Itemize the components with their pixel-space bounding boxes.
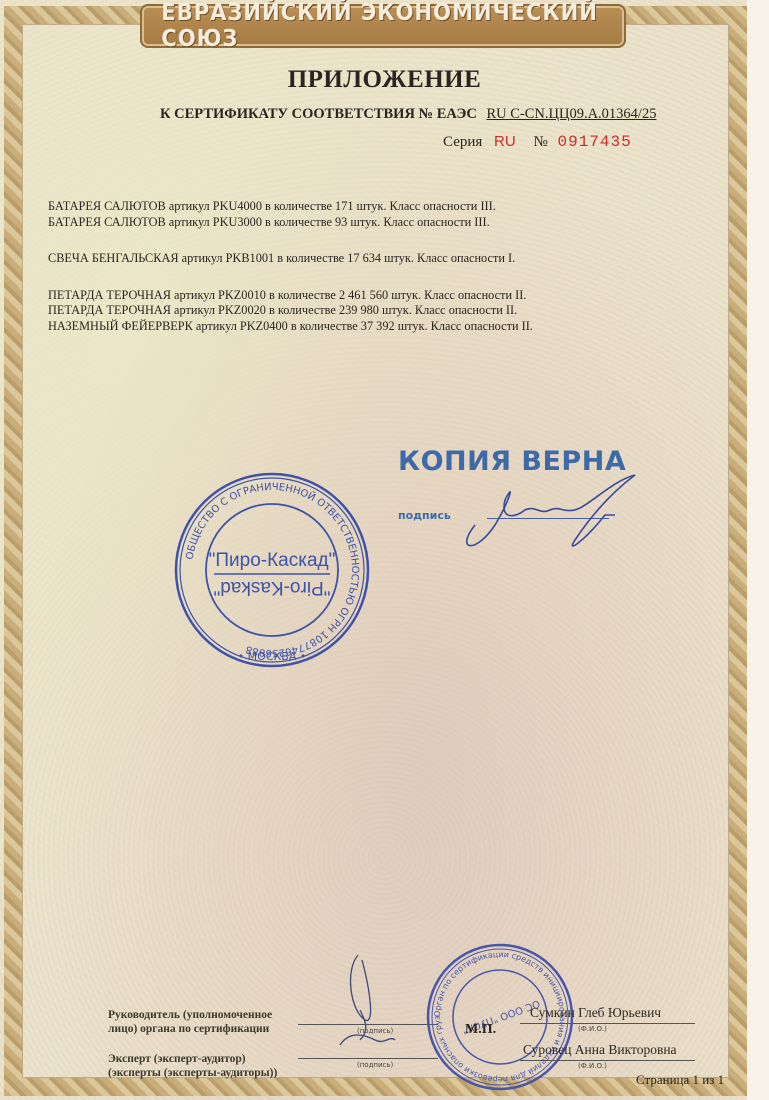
product-line: СВЕЧА БЕНГАЛЬСКАЯ артикул PKB1001 в коли… [48, 251, 533, 267]
head-label-line1: Руководитель (уполномоченное [108, 1008, 272, 1022]
seal-place-label: М.П. [465, 1022, 496, 1038]
svg-text:"Piro-Kaskad": "Piro-Kaskad" [214, 577, 331, 598]
head-label: Руководитель (уполномоченное лицо) орган… [108, 1008, 272, 1036]
copy-signature [455, 470, 655, 560]
signature-label: подпись [398, 509, 451, 522]
eaeu-banner: ЕВРАЗИЙСКИЙ ЭКОНОМИЧЕСКИЙ СОЮЗ [140, 4, 626, 48]
expert-name: Суровец Анна Викторовна [523, 1042, 677, 1058]
series-value: RU [494, 133, 516, 150]
series-line: Серия RU № 0917435 [443, 133, 632, 151]
head-fio-line [520, 1023, 695, 1024]
group-spacer [48, 267, 533, 288]
expert-label: Эксперт (эксперт-аудитор) (эксперты (экс… [108, 1052, 277, 1080]
certificate-number: RU C-CN.ЦЦ09.А.01364/25 [486, 106, 656, 122]
product-line: БАТАРЕЯ САЛЮТОВ артикул PKU3000 в количе… [48, 215, 533, 231]
series-label: Серия [443, 134, 482, 150]
head-signature [320, 950, 420, 1060]
expert-label-line2: (эксперты (эксперты-аудиторы)) [108, 1066, 277, 1080]
expert-label-line1: Эксперт (эксперт-аудитор) [108, 1052, 277, 1066]
company-stamp: ОБЩЕСТВО С ОГРАНИЧЕННОЙ ОТВЕТСТВЕННОСТЬЮ… [172, 470, 372, 670]
document-title: ПРИЛОЖЕНИЕ [0, 66, 769, 94]
product-line: БАТАРЕЯ САЛЮТОВ артикул PKU4000 в количе… [48, 199, 533, 215]
expert-fio-caption: (Ф.И.О.) [578, 1062, 607, 1070]
product-line: ПЕТАРДА ТЕРОЧНАЯ артикул PKZ0010 в колич… [48, 288, 533, 304]
expert-fio-line [520, 1060, 695, 1061]
scan-edge [747, 0, 769, 1100]
product-line: ПЕТАРДА ТЕРОЧНАЯ артикул PKZ0020 в колич… [48, 303, 533, 319]
svg-text:"Пиро-Каскад": "Пиро-Каскад" [209, 550, 336, 571]
number-label: № [533, 134, 547, 150]
expert-signature-caption: (подпись) [357, 1061, 393, 1069]
banner-text: ЕВРАЗИЙСКИЙ ЭКОНОМИЧЕСКИЙ СОЮЗ [161, 0, 604, 52]
group-spacer [48, 230, 533, 251]
head-label-line2: лицо) органа по сертификации [108, 1022, 272, 1036]
head-name: Сумкин Глеб Юрьевич [530, 1005, 661, 1021]
product-line: НАЗЕМНЫЙ ФЕЙЕРВЕРК артикул PKZ0400 в кол… [48, 319, 533, 335]
product-list: БАТАРЕЯ САЛЮТОВ артикул PKU4000 в количе… [48, 199, 533, 334]
serial-number: 0917435 [558, 133, 632, 151]
certificate-reference: К СЕРТИФИКАТУ СООТВЕТСТВИЯ № ЕАЭС RU C-C… [160, 106, 656, 123]
svg-text:• МОСКВА •: • МОСКВА • [238, 650, 307, 663]
head-fio-caption: (Ф.И.О.) [578, 1025, 607, 1033]
certificate-prefix: К СЕРТИФИКАТУ СООТВЕТСТВИЯ № ЕАЭС [160, 106, 477, 122]
page-number: Страница 1 из 1 [636, 1072, 724, 1088]
